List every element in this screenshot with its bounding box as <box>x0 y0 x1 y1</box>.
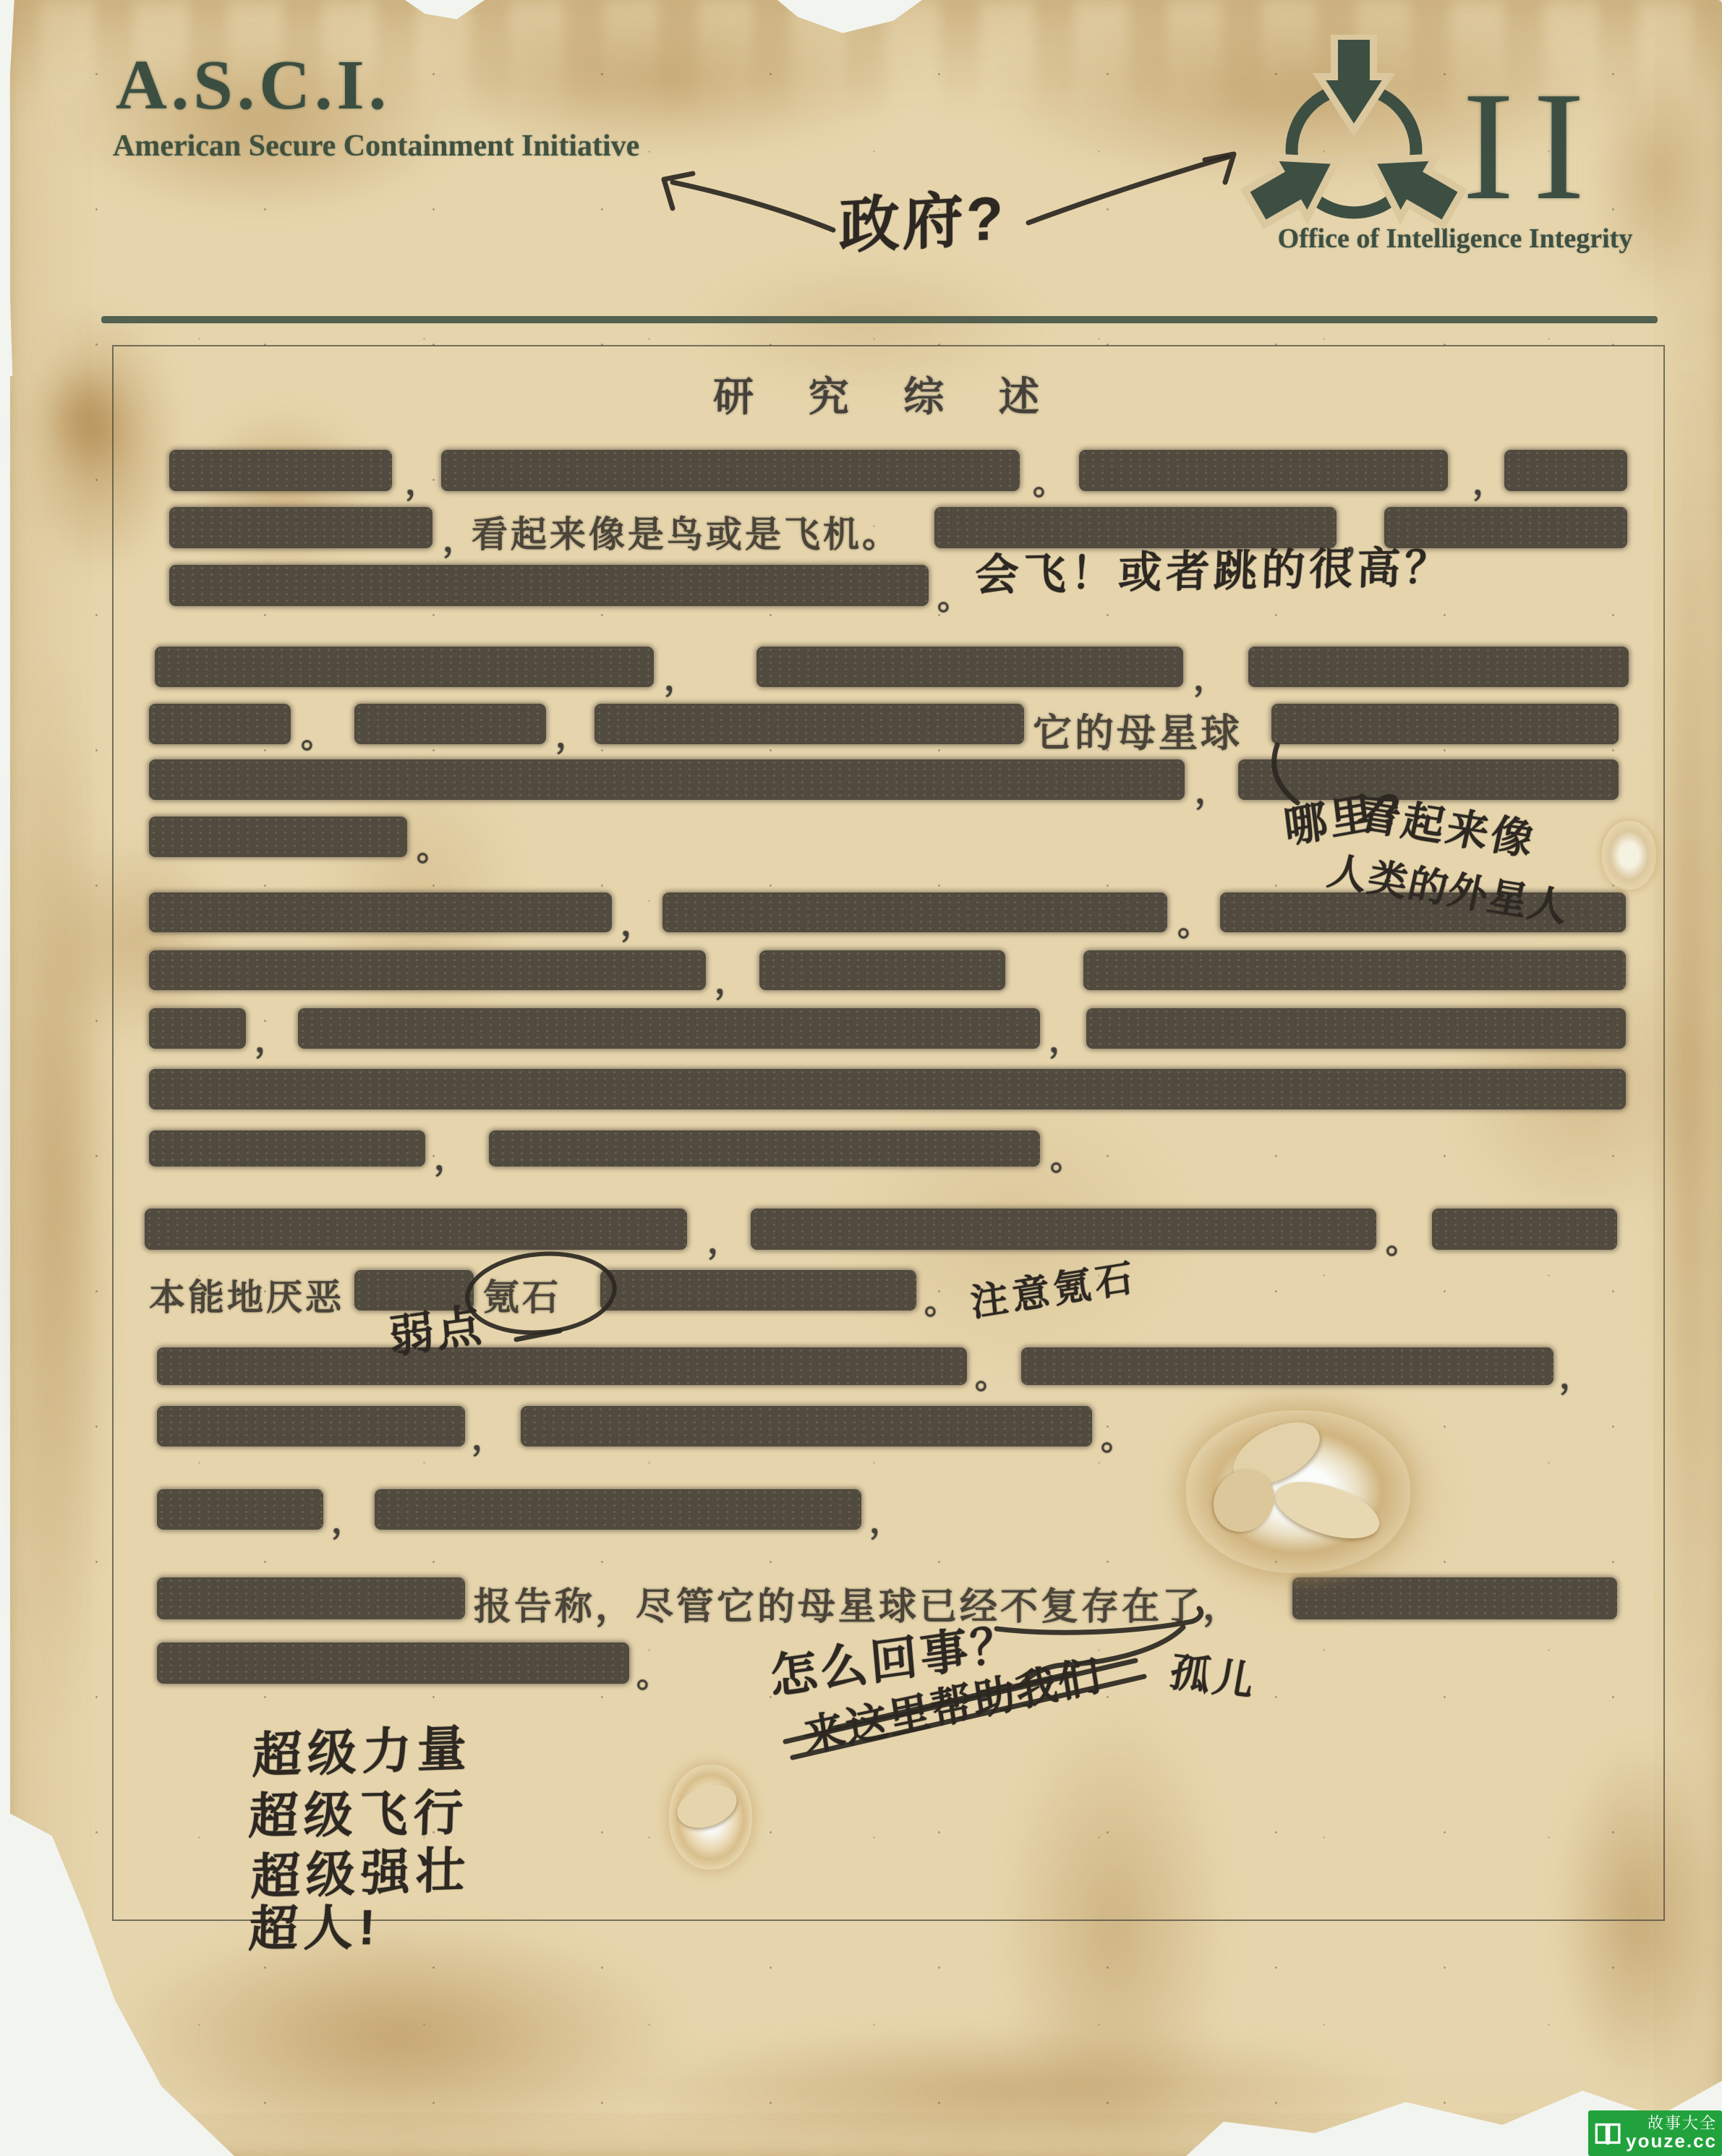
punctuation-mark: ， <box>715 955 748 1003</box>
redaction-bar <box>1079 450 1448 491</box>
punctuation-mark: ， <box>621 898 654 945</box>
printed-text-fragment: 氪石 <box>483 1269 561 1321</box>
redaction-bar <box>155 647 654 687</box>
redaction-bar <box>157 1347 967 1385</box>
redaction-bar <box>1021 1347 1553 1385</box>
redaction-bar <box>1248 647 1629 687</box>
printed-text-fragment: 报告称，尽管它的母星球已经不复存在了， <box>474 1576 1243 1630</box>
punctuation-mark: 。 <box>1177 898 1211 945</box>
open-book-icon <box>1594 2118 1621 2149</box>
handwritten-note-weakness: 弱点 <box>386 1289 486 1366</box>
redaction-bar <box>1504 450 1627 491</box>
redaction-bar <box>1083 950 1626 990</box>
redaction-bar <box>149 1008 246 1049</box>
redaction-bar <box>149 950 706 990</box>
punctuation-mark: 。 <box>1386 1215 1419 1263</box>
punctuation-mark: ， <box>664 652 697 700</box>
punctuation-mark: ， <box>707 1215 741 1263</box>
watermark-site-name: 故事大全 <box>1648 2115 1717 2131</box>
site-watermark: 故事大全 youze.cc <box>1588 2110 1722 2156</box>
punctuation-mark: 。 <box>301 710 334 757</box>
punctuation-mark: ， <box>434 1132 467 1180</box>
redaction-bar <box>157 1406 465 1446</box>
handwritten-note-government: 政府? <box>839 169 1006 265</box>
redaction-bar <box>1292 1577 1617 1619</box>
paper-curl-right-edge <box>1602 821 1656 890</box>
redaction-bar <box>489 1130 1040 1167</box>
punctuation-mark: ， <box>255 1014 288 1062</box>
redaction-bar <box>1271 704 1619 744</box>
watermark-site-url: youze.cc <box>1626 2131 1717 2151</box>
punctuation-mark: 。 <box>1033 456 1066 504</box>
punctuation-mark: 。 <box>1101 1412 1134 1460</box>
redaction-bar <box>149 892 612 932</box>
redaction-bar <box>149 1130 425 1167</box>
redaction-bar <box>145 1209 687 1250</box>
punctuation-mark: ， <box>1049 1014 1082 1062</box>
redaction-bar <box>157 1642 629 1684</box>
redaction-bar <box>157 1489 323 1530</box>
org-full-name: American Secure Containment Initiative <box>113 129 639 163</box>
punctuation-mark: 。 <box>1050 1132 1083 1180</box>
handwritten-note-superman: 超人! <box>248 1888 383 1961</box>
redaction-bar <box>600 1270 916 1311</box>
punctuation-mark: 。 <box>924 1276 958 1324</box>
printed-text-fragment: 它的母星球 <box>1033 702 1243 758</box>
punctuation-mark: ， <box>1472 456 1506 504</box>
punctuation-mark: 。 <box>975 1350 1008 1398</box>
redaction-bar <box>759 950 1005 990</box>
redaction-bar <box>149 1069 1626 1109</box>
redaction-bar <box>354 704 546 744</box>
punctuation-mark: 。 <box>937 571 971 619</box>
redaction-bar <box>149 704 291 744</box>
redaction-bar <box>375 1489 861 1530</box>
printed-text-fragment: 看起来像是鸟或是飞机。 <box>472 506 901 558</box>
org-abbreviation: A.S.C.I. <box>116 45 391 126</box>
redaction-bar <box>751 1209 1376 1250</box>
handwritten-note-can-fly: 会飞！或者跳的很高？ <box>974 532 1454 603</box>
punctuation-mark: ， <box>1559 1350 1593 1398</box>
redaction-bar <box>441 450 1020 491</box>
redaction-bar <box>157 1577 465 1619</box>
redaction-bar <box>662 892 1167 932</box>
redaction-bar <box>594 704 1024 744</box>
printed-text-fragment: 本能地厌恶 <box>149 1269 344 1321</box>
redaction-bar <box>169 565 929 606</box>
redaction-bar <box>169 507 432 548</box>
handwritten-note-orphan: 孤儿 <box>1166 1640 1262 1708</box>
redaction-bar <box>298 1008 1040 1049</box>
punctuation-mark: ， <box>472 1412 505 1460</box>
redaction-bar <box>1086 1008 1626 1049</box>
punctuation-mark: ， <box>869 1495 903 1543</box>
punctuation-mark: ， <box>1193 652 1227 700</box>
punctuation-mark: 。 <box>417 822 450 870</box>
redaction-bar <box>149 817 407 857</box>
header-divider-rule <box>101 316 1658 323</box>
redaction-bar <box>521 1406 1092 1446</box>
punctuation-mark: ， <box>555 710 589 757</box>
punctuation-mark: ， <box>331 1495 365 1543</box>
redaction-bar <box>149 759 1185 800</box>
oii-logo-icon <box>1238 35 1470 266</box>
office-numeral: II <box>1462 56 1603 236</box>
punctuation-mark: ， <box>1195 765 1228 813</box>
redaction-bar <box>756 647 1183 687</box>
redaction-bar <box>1432 1209 1617 1250</box>
punctuation-mark: ， <box>405 456 438 504</box>
redaction-bar <box>169 450 392 491</box>
document-scan-page: A.S.C.I. American Secure Containment Ini… <box>0 0 1722 2156</box>
punctuation-mark: 。 <box>636 1649 670 1697</box>
